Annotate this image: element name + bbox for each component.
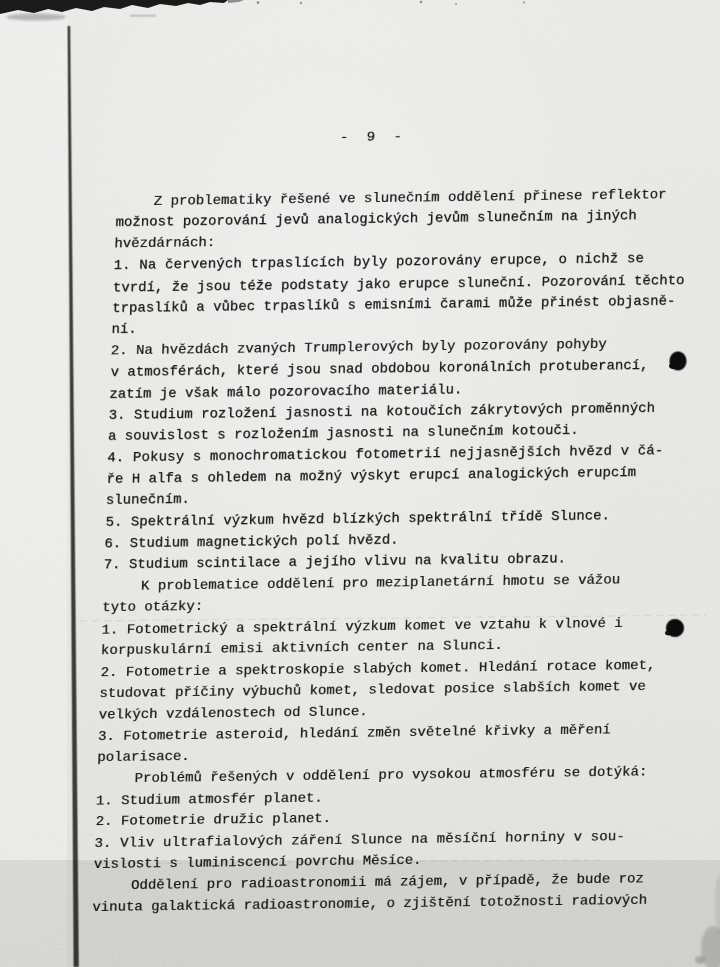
scan-edge-artifact-top xyxy=(0,0,525,21)
typewritten-text: - 9 - Z problematiky řešené ve slunečním… xyxy=(92,123,718,919)
text-block: Z problematiky řešené ve slunečním odděl… xyxy=(92,184,716,919)
page-left-margin xyxy=(0,0,67,967)
bottom-right-smudge xyxy=(695,875,720,967)
scanned-page: - 9 - Z problematiky řešené ve slunečním… xyxy=(0,0,720,967)
page-number: - 9 - xyxy=(339,123,718,149)
page-fold-line xyxy=(68,26,79,967)
